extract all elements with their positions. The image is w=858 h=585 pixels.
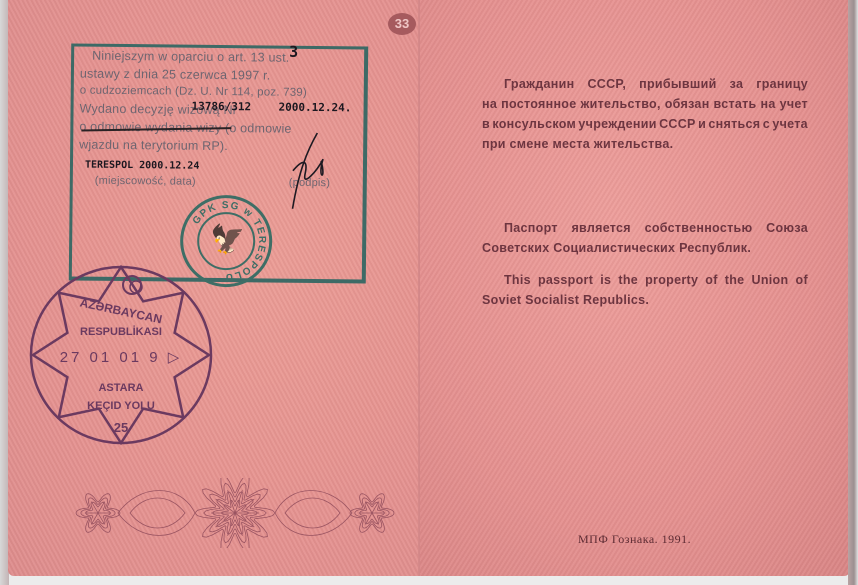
notice-line: ГражданинСССР,прибывшийзаграницу bbox=[482, 74, 808, 94]
word: консульском bbox=[492, 114, 576, 134]
word: на bbox=[761, 94, 776, 114]
word: на bbox=[482, 94, 497, 114]
word: обязан bbox=[665, 94, 710, 114]
stamp-crossing: KEÇID YOLU bbox=[26, 400, 216, 412]
consular-registration-notice: ГражданинСССР,прибывшийзаграницу напосто… bbox=[482, 74, 808, 154]
word: собственностью bbox=[645, 218, 753, 238]
handwritten-visa-number: 13786/312 bbox=[192, 100, 252, 114]
word: Союза bbox=[766, 218, 808, 238]
property-ru-line: Советских Социалистических Республик. bbox=[482, 238, 808, 258]
stamp-line: ustawy z dnia 25 czerwca 1997 r. bbox=[80, 67, 271, 83]
signature-scribble bbox=[287, 131, 338, 212]
scan-right-edge bbox=[848, 0, 858, 585]
notice-line: напостоянноежительство,обязанвстатьнауче… bbox=[482, 94, 808, 114]
word: жительство, bbox=[580, 94, 660, 114]
word: of bbox=[705, 270, 717, 290]
stamp-number: 25 bbox=[26, 420, 216, 435]
word: сняться bbox=[708, 114, 760, 134]
entry-direction-icon: ▷ bbox=[168, 349, 183, 366]
notice-line: вконсульскомучрежденииСССРиснятьсясучета bbox=[482, 114, 808, 134]
stamp-line: Niniejszym w oparciu o art. 13 ust. bbox=[92, 49, 289, 65]
stamp-line: o cudzoziemcach (Dz. U. Nr 114, poz. 739… bbox=[80, 85, 307, 99]
printer-imprint: МПФ Гознака. 1991. bbox=[578, 532, 691, 547]
entry-date: 27 01 01 9 bbox=[60, 349, 161, 366]
property-en-line: Soviet Socialist Republics. bbox=[482, 290, 808, 310]
handwritten-place-date: TERESPOL 2000.12.24 bbox=[85, 160, 199, 172]
word: of bbox=[796, 270, 808, 290]
word: passport bbox=[538, 270, 593, 290]
word: учет bbox=[780, 94, 808, 114]
word: с bbox=[763, 114, 770, 134]
word: за bbox=[730, 74, 744, 94]
word: встать bbox=[714, 94, 757, 114]
handwritten-section: 3 bbox=[289, 43, 298, 61]
notice-line: при смене места жительства. bbox=[482, 134, 808, 154]
page-number: 33 bbox=[388, 13, 416, 35]
stamp-checkpoint: ASTARA bbox=[26, 382, 216, 394]
word: в bbox=[482, 114, 490, 134]
word: Паспорт bbox=[504, 218, 558, 238]
word: прибывший bbox=[639, 74, 716, 94]
word: Гражданин bbox=[504, 74, 574, 94]
handwritten-decision-date: 2000.12.24. bbox=[279, 101, 352, 115]
property-ru-line: ПаспортявляетсясобственностьюСоюза bbox=[482, 218, 808, 238]
word: учета bbox=[772, 114, 808, 134]
word: СССР, bbox=[587, 74, 626, 94]
word: учреждении bbox=[578, 114, 656, 134]
polish-border-stamp: Niniejszym w oparciu o art. 13 ust. 3 us… bbox=[69, 43, 368, 283]
word: и bbox=[698, 114, 706, 134]
stamp-date: 27 01 01 9 ▷ bbox=[26, 348, 216, 366]
word: границу bbox=[756, 74, 808, 94]
azerbaijan-entry-stamp: AZƏRBAYCAN RESPUBLİKASI 27 01 01 9 ▷ AST… bbox=[26, 258, 216, 448]
stamp-line: wjazdu na terytorium RP). bbox=[79, 138, 228, 154]
left-page: 33 Niniejszym w oparciu o art. 13 ust. 3… bbox=[8, 0, 420, 576]
word: This bbox=[504, 270, 531, 290]
property-notice-russian: ПаспортявляетсясобственностьюСоюза Совет… bbox=[482, 218, 808, 258]
word: property bbox=[645, 270, 698, 290]
word: is bbox=[600, 270, 611, 290]
word: является bbox=[571, 218, 630, 238]
property-en-line: ThispassportisthepropertyoftheUnionof bbox=[482, 270, 808, 290]
place-date-label: (miejscowość, data) bbox=[95, 175, 196, 188]
word: the bbox=[725, 270, 745, 290]
word: постоянное bbox=[501, 94, 576, 114]
word: the bbox=[618, 270, 638, 290]
word: СССР bbox=[659, 114, 696, 134]
property-notice-english: ThispassportisthepropertyoftheUnionof So… bbox=[482, 270, 808, 310]
guilloche-ornament bbox=[70, 478, 400, 548]
stamp-republic: RESPUBLİKASI bbox=[26, 326, 216, 338]
word: Union bbox=[752, 270, 789, 290]
right-page: ГражданинСССР,прибывшийзаграницу напосто… bbox=[420, 0, 850, 576]
